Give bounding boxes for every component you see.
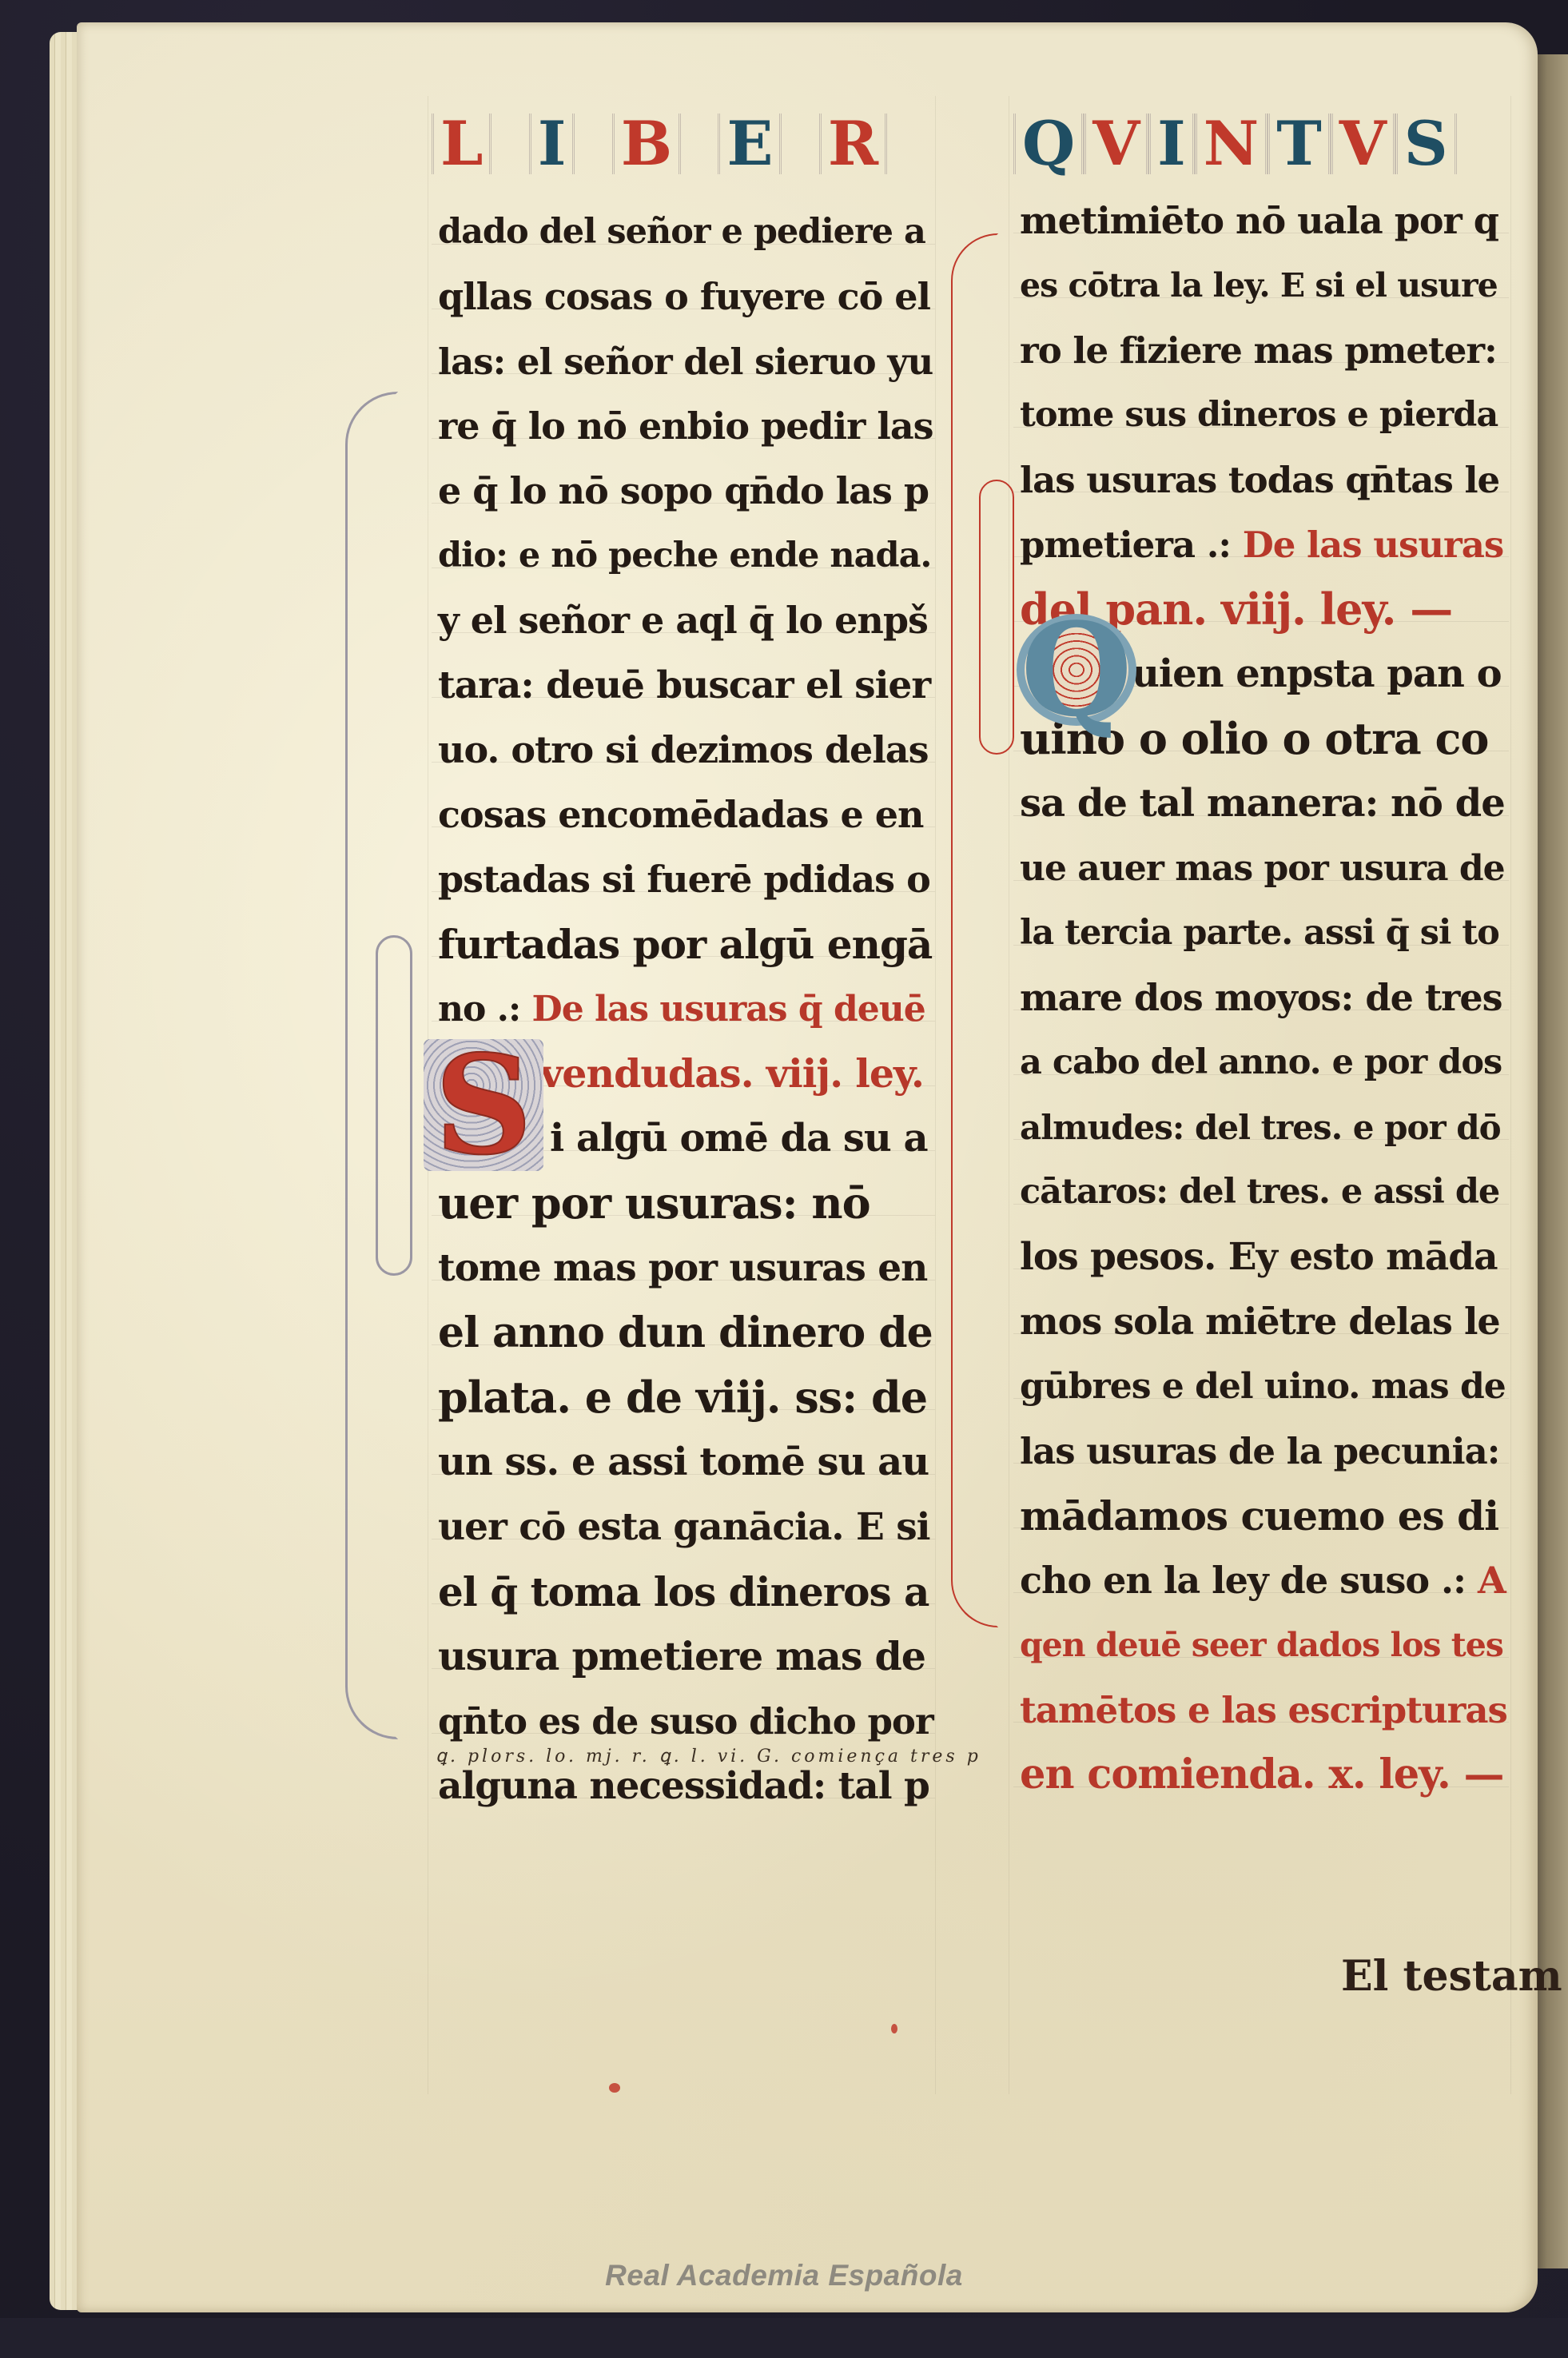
rubric-heading: De las usuras q̄ deuē <box>532 989 925 1030</box>
text-line: usura pmetiere mas de <box>438 1624 933 1689</box>
heading-letter: Q <box>1013 114 1084 174</box>
text-line: las: el señor del sieruo yu <box>438 329 933 394</box>
text-line: y el señor e aql q̄ lo enpš <box>438 588 933 653</box>
text-line: re q̄ lo nō enbio pedir las <box>438 394 933 459</box>
text-line: las usuras todas qn̄tas le <box>1020 448 1507 512</box>
penwork-flourish-left-inner <box>376 935 412 1276</box>
running-heading-quintus: QVINTVS <box>1013 110 1451 174</box>
text-line-body: uer por usuras: nō <box>438 1177 870 1229</box>
decorated-initial-q: Q <box>1017 614 1136 726</box>
text-line-body: uo. otro si dezimos delas <box>438 728 929 771</box>
text-line-body: un ss. e assi tomē su au <box>438 1440 929 1484</box>
text-line-body: tome sus dineros e pierda <box>1020 395 1498 435</box>
text-line: tome mas por usuras en <box>438 1236 933 1300</box>
text-line-body: mare dos moyos: de tres <box>1020 976 1502 1019</box>
ink-stain <box>891 2024 897 2033</box>
text-line-body: i algū omē da su a <box>550 1116 928 1161</box>
heading-letter: V <box>1084 114 1148 174</box>
text-line-body: el anno dun dinero de <box>438 1308 933 1357</box>
text-column-left: dado del señor e pediere aqllas cosas o … <box>438 200 933 1818</box>
heading-letter: L <box>432 114 491 174</box>
decorated-initial-s: S <box>424 1039 543 1171</box>
rubric-heading: De las usuras <box>1243 524 1504 566</box>
text-line: almudes: del tres. e por dō <box>1020 1095 1507 1160</box>
text-line: en comienda. x. ley. — <box>1020 1743 1507 1807</box>
text-line-body: las usuras todas qn̄tas le <box>1020 459 1499 501</box>
text-line-body: dado del señor e pediere a <box>438 212 925 252</box>
adjacent-leaf-edge <box>1533 54 1568 2268</box>
text-line: ue auer mas por usura de <box>1020 836 1507 901</box>
ink-stain <box>609 2083 620 2093</box>
text-line: dio: e nō peche ende nada. <box>438 524 933 588</box>
text-line-body: tara: deuē buscar el sier <box>438 663 930 707</box>
text-line: tome sus dineros e pierda <box>1020 383 1507 448</box>
text-line: metimiēto nō uala por q <box>1020 189 1507 253</box>
heading-letter: N <box>1195 114 1268 174</box>
text-line: cho en la ley de suso .: A <box>1020 1548 1507 1613</box>
text-line-body: pstadas si fuerē pdidas o <box>438 858 930 901</box>
text-line-body: usura pmetiere mas de <box>438 1633 925 1679</box>
text-line-body: alguna necessidad: tal p <box>438 1764 929 1808</box>
text-line: e q̄ lo nō sopo qn̄do las p <box>438 459 933 524</box>
text-line: uer cō esta ganācia. E si <box>438 1495 933 1559</box>
text-line-body: y el señor e aql q̄ lo enpš <box>438 599 928 642</box>
text-line: mare dos moyos: de tres <box>1020 966 1507 1030</box>
text-line-body: el q̄ toma los dineros a <box>438 1568 929 1615</box>
text-line: qn̄to es de suso dicho por <box>438 1689 933 1754</box>
text-line: dado del señor e pediere a <box>438 200 933 265</box>
text-line-body: mos sola miētre delas le <box>1020 1300 1500 1343</box>
text-line-body: ue auer mas por usura de <box>1020 848 1505 889</box>
heading-letter: S <box>1395 114 1457 174</box>
text-line-body: las usuras de la pecunia: <box>1020 1430 1499 1472</box>
text-line-body: qllas cosas o fuyere cō el <box>438 275 930 318</box>
text-line-body: a cabo del anno. e por dos <box>1020 1042 1502 1082</box>
text-line-body: metimiēto nō uala por q <box>1020 199 1498 242</box>
text-line-body: e q̄ lo nō sopo qn̄do las p <box>438 469 929 512</box>
heading-letter: T <box>1268 114 1331 174</box>
text-line-body: pmetiera .: <box>1020 524 1231 566</box>
text-line-body: cosas encomēdadas e en <box>438 793 924 836</box>
penwork-flourish-right-inner <box>979 480 1014 755</box>
text-line-body: re q̄ lo nō enbio pedir las <box>438 404 933 448</box>
text-line-body: cātaros: del tres. e assi de <box>1020 1172 1499 1212</box>
text-line: plata. e de viij. ss: de <box>438 1365 933 1430</box>
text-line: uo. otro si dezimos delas <box>438 718 933 783</box>
text-line: el anno dun dinero de <box>438 1300 933 1365</box>
text-line-body: qn̄to es de suso dicho por <box>438 1700 933 1743</box>
text-line: el q̄ toma los dineros a <box>438 1559 933 1624</box>
text-line: un ss. e assi tomē su au <box>438 1430 933 1495</box>
text-line: ro le fiziere mas pmeter: <box>1020 318 1507 383</box>
text-line: pmetiera .: De las usuras <box>1020 512 1507 577</box>
text-line: gūbres e del uino. mas de <box>1020 1354 1507 1419</box>
text-line-body: las: el señor del sieruo yu <box>438 341 933 383</box>
rubric-heading: en comienda. x. ley. — <box>1020 1751 1503 1798</box>
watermark: Real Academia Española <box>0 2259 1568 2292</box>
text-line: qllas cosas o fuyere cō el <box>438 265 933 329</box>
penwork-flourish-right <box>951 233 998 1627</box>
text-line-body: almudes: del tres. e por dō <box>1020 1108 1501 1147</box>
text-line-body: cho en la ley de suso .: <box>1020 1559 1466 1602</box>
text-line-body: ro le fiziere mas pmeter: <box>1020 329 1497 372</box>
text-line: cosas encomēdadas e en <box>438 783 933 847</box>
heading-letter: I <box>529 114 575 174</box>
text-line: qen deuē seer dados los tes <box>1020 1613 1507 1678</box>
text-line: las usuras de la pecunia: <box>1020 1419 1507 1484</box>
rubric-heading: qen deuē seer dados los tes <box>1020 1626 1503 1664</box>
text-line-body: mādamos cuemo es di <box>1020 1492 1498 1539</box>
text-line: furtadas por algū engā <box>438 912 933 977</box>
text-line-body: no .: <box>438 989 520 1030</box>
text-line-body: sa de tal manera: nō de <box>1020 781 1505 826</box>
text-line-body: furtadas por algū engā <box>438 921 932 968</box>
marginal-note: ꝗ. plors. lo. mj. r. ꝗ. l. vi. G. comien… <box>436 1747 981 1767</box>
text-line-body: plata. e de viij. ss: de <box>438 1372 927 1423</box>
text-line-body: uien enpsta pan o <box>1132 651 1502 696</box>
text-line: los pesos. Ey esto māda <box>1020 1225 1507 1289</box>
text-line: pstadas si fuerē pdidas o <box>438 847 933 912</box>
text-line: a cabo del anno. e por dos <box>1020 1030 1507 1095</box>
text-line-body: gūbres e del uino. mas de <box>1020 1366 1506 1407</box>
text-line: la tercia parte. assi q̄ si to <box>1020 901 1507 966</box>
text-line: sa de tal manera: nō de <box>1020 771 1507 836</box>
running-heading-liber: LIBER <box>432 110 887 174</box>
text-line-body: uer cō esta ganācia. E si <box>438 1505 930 1549</box>
text-column-right: metimiēto nō uala por qes cōtra la ley. … <box>1020 189 1507 1807</box>
heading-letter: V <box>1331 114 1395 174</box>
text-line: cātaros: del tres. e assi de <box>1020 1160 1507 1225</box>
heading-letter: B <box>612 114 681 174</box>
heading-letter: I <box>1148 114 1195 174</box>
text-line-body: los pesos. Ey esto māda <box>1020 1235 1498 1279</box>
text-line-body: dio: e nō peche ende nada. <box>438 536 931 576</box>
text-line-body: la tercia parte. assi q̄ si to <box>1020 913 1499 953</box>
text-line: tamētos e las escripturas <box>1020 1678 1507 1743</box>
text-line: tara: deuē buscar el sier <box>438 653 933 718</box>
text-line: mos sola miētre delas le <box>1020 1289 1507 1354</box>
rubric-heading: tamētos e las escripturas <box>1020 1689 1507 1731</box>
text-line: mādamos cuemo es di <box>1020 1484 1507 1548</box>
ruling-column-guide <box>935 96 936 2094</box>
text-line-body: tome mas por usuras en <box>438 1246 927 1290</box>
heading-letter: R <box>819 114 887 174</box>
text-line: es cōtra la ley. E si el usure <box>1020 253 1507 318</box>
rubric-heading: A <box>1478 1559 1506 1602</box>
ruling-column-guide <box>1009 96 1009 2094</box>
heading-letter: E <box>718 114 782 174</box>
ruling-column-guide <box>1510 96 1511 2094</box>
catchword: El testam <box>1341 1952 1562 2001</box>
text-line-body: es cōtra la ley. E si el usure <box>1020 266 1498 305</box>
background-bottom <box>0 2318 1568 2358</box>
